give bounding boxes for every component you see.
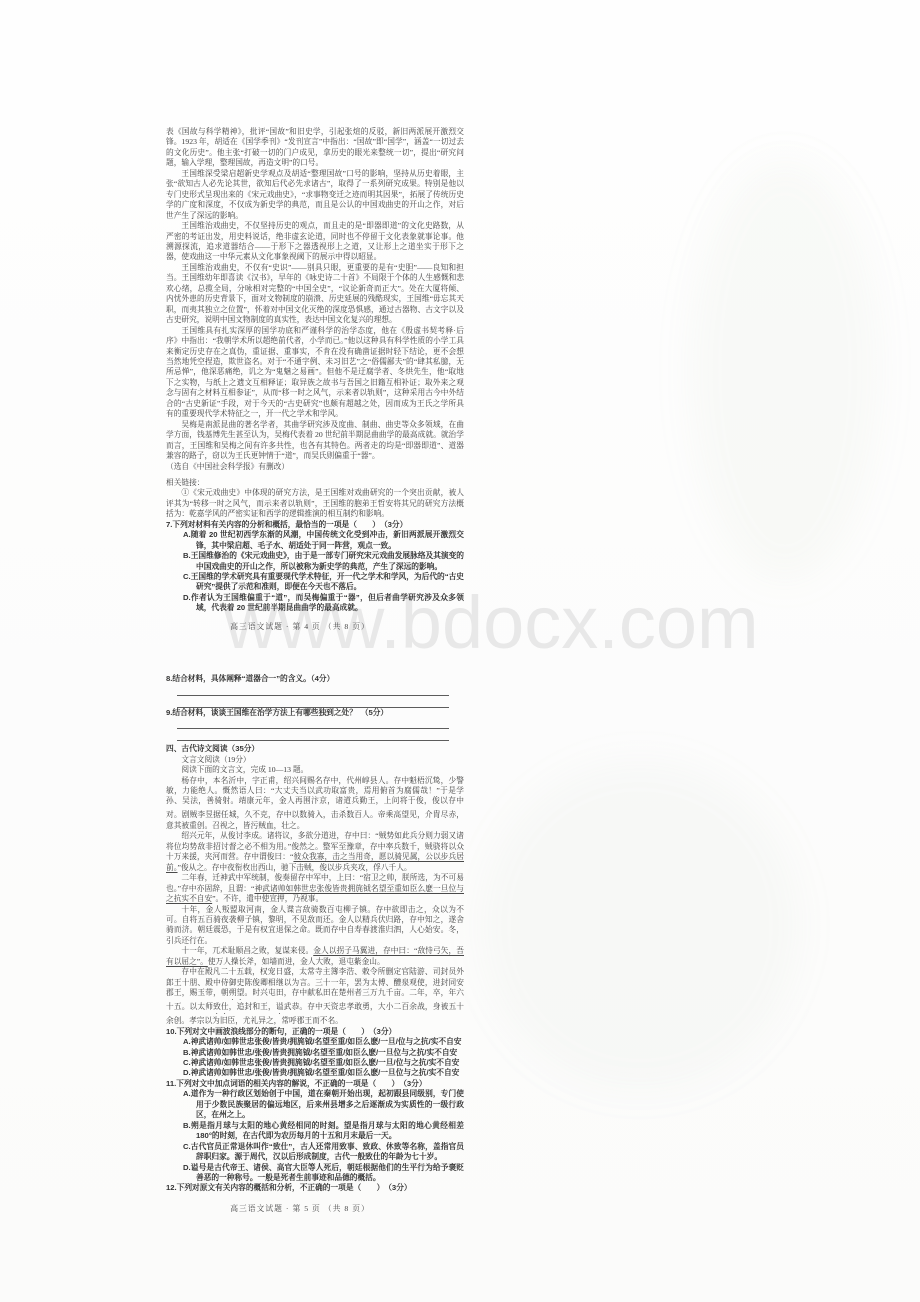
classical-passage-paragraph: 存中在殿凡二十五载，权宠日盛，太常寺主簿李浩、敕令所删定官陆游、司封员外郎王十朋… <box>166 967 464 1026</box>
question-7-option-d: D.作者认为王国维偏重于“道”，而吴梅偏重于“器”，但后者曲学研究涉及众多领域，… <box>183 593 464 614</box>
classical-passage-paragraph: 杨存中，本名沂中，字正甫，绍兴间赐名存中，代州崞县人。存中魁梧沉鸷，少警敏，力能… <box>166 776 464 832</box>
passage-paragraph: 王国维深受梁启超新史学观点及胡适“整理国故”口号的影响，坚持从历史着眼，主张“欲… <box>166 169 464 221</box>
section-4-subheading: 文言文阅读（19分） <box>166 755 464 765</box>
question-10-option-c: C.神武诸帅/如韩世忠张俊/皆贵拥旄钺/名望至重/如臣么麽/一旦/位与之抗/实不… <box>183 1058 464 1068</box>
question-12-stem: 12.下列对原文有关内容的概括和分析，不正确的一项是（ ） （3分） <box>166 1183 464 1193</box>
question-11-option-a: A.道作为一种行政区划始创于中国，道在秦朝开始出现，起初跟县同级别，专门使用于少… <box>183 1089 464 1120</box>
passage-text: ，追封和王， <box>229 1002 276 1011</box>
page-footer-page5: 高三语文试题 · 第 5 页 （共 8 页） <box>166 1204 464 1214</box>
passage-paragraph: 王国维具有扎实深厚的国学功底和严谨科学的治学态度，他在《殷虚书契考释·后序》中指… <box>166 326 464 420</box>
passage-paragraph: 王国维治戏曲史，不仅坚持历史的观点，而且走的是“即器即道”的文化史路数，从严密的… <box>166 221 464 263</box>
question-8-stem: 8.结合材料，具体阐释“道器合一”的含义。（4分） <box>166 674 464 684</box>
classical-passage-paragraph: 十一年，兀术耻顺昌之败，复谋来侵。金人以拐子马翼进，存中曰：“敌恃弓矢，吾有以屈… <box>166 946 464 967</box>
answer-line <box>177 685 449 696</box>
passage-paragraph: 表《国故与科学精神》，批评“国故”和旧史学，引起张煊的反驳，新旧两派展开激烈交锋… <box>166 127 464 169</box>
question-7-option-c: C.王国维的学术研究具有重要现代学术特征，开一代之学术和学风，为后代的“古史研究… <box>183 572 464 593</box>
section-4-instruction: 阅读下面的文言文，完成 10—13 题。 <box>166 765 464 775</box>
question-11-option-b: B.朔是指月球与太阳的地心黄经相同的时刻。望是指月球与太阳的地心黄经相差 180… <box>183 1121 464 1142</box>
scan-bleedthrough-artifact <box>690 160 880 580</box>
question-10-stem: 10.下列对文中画波浪线部分的断句，正确的一项是（ ） （3分） <box>166 1027 464 1037</box>
classical-passage-paragraph: 十年，金人叛盟取河南，金人谍言敌骑数百屯柳子镇。存中欲即击之，众以为不可。自将五… <box>166 905 464 947</box>
answer-line <box>177 696 449 708</box>
question-10-option-a: A.神武诸帅/如韩世忠张俊/皆贵/拥旄钺/名望至重/如臣么麽/一旦/位与之抗/实… <box>183 1037 464 1047</box>
passage-text: ”。不许，遣中使宣押，乃视事。 <box>212 894 323 903</box>
question-7-option-b: B.王国维修治的《宋元戏曲史》，由于是一部专门研究宋元戏曲发展脉络及其演变的中国… <box>183 551 464 572</box>
passage-text: ”俊从之。存中夜衔枚出西山，驰下击贼，俊以步兵夹攻，俘八千人。 <box>178 863 412 872</box>
answer-line <box>177 718 449 729</box>
question-7-stem: 7.下列对材料有关内容的分析和概括，最恰当的一项是（ ） （3分） <box>166 520 464 530</box>
dotted-term-shuowang: 朔望 <box>229 988 245 997</box>
passage-paragraph: 王国维治戏曲史，不仅有“史识”——别具只眼，更重要的是有“史胆”——良知和担当。… <box>166 263 464 326</box>
exam-content-column: 表《国故与科学精神》，批评“国故”和旧史学，引起张煊的反驳，新旧两派展开激烈交锋… <box>166 127 464 1214</box>
dotted-term-shi: 谥 <box>276 1002 284 1011</box>
passage-text: 使万人操长斧，如墙而进，金人大败，退屯紫金山。 <box>208 957 385 966</box>
source-attribution: （选自《中国社会科学报》有删改） <box>166 462 464 472</box>
related-links-title: 相关链接： <box>166 478 464 488</box>
question-10-option-b: B.神武诸帅如韩世忠/张俊/皆贵拥旄钺/名望至重/如臣么麽/一旦位与之抗/实不自… <box>183 1048 464 1058</box>
question-11-stem: 11.下列对文中加点词语的相关内容的解说，不正确的一项是（ ） （3分） <box>166 1079 464 1089</box>
answer-line <box>177 729 449 741</box>
passage-text: 十一年，兀术耻顺昌之败，复谋来侵。 <box>181 946 313 955</box>
question-11-option-d: D.谥号是古代帝王、诸侯、高官大臣等人死后，朝廷根据他们的生平行为给予褒贬善恶的… <box>183 1163 464 1184</box>
question-10-option-d: D.神武诸帅如韩世忠/张俊/皆贵/拥旄钺/名望至重/如臣么麽/一旦位与之抗/实不… <box>183 1068 464 1078</box>
section-4-heading: 四、古代诗文阅读（35分） <box>166 744 464 754</box>
question-11-option-c: C.古代官员正常退休叫作“致仕”，古人还常用致事、致政、休致等名称，盖指官员辞职… <box>183 1142 464 1163</box>
classical-passage-paragraph: 绍兴元年，从俊讨李成。诸将议，多欲分道进，存中曰：“贼势如此兵分则力弱又诸将位均… <box>166 831 464 873</box>
page-footer-page4: 高三语文试题 · 第 4 页 （共 8 页） <box>166 622 464 632</box>
passage-paragraph: 吴梅是南派昆曲的著名学者，其曲学研究涉及度曲、制曲、曲史等众多领域，在曲学方面，… <box>166 420 464 462</box>
scan-bleedthrough-artifact <box>480 760 800 1090</box>
question-7-option-a: A.随着 20 世纪初西学东渐的风潮，中国传统文化受到冲击，新旧两派展开激烈交锋… <box>183 530 464 551</box>
scanned-exam-page: www.bdocx.com 表《国故与科学精神》，批评“国故”和旧史学，引起张煊… <box>0 0 920 1302</box>
classical-passage-paragraph: 二年春，迁神武中军统制，俊奏留存中军中，上曰：“宿卫之帅，朕所选，为不可易也。”… <box>166 873 464 904</box>
related-link-item: ①《宋元戏曲史》中体现的研究方法，是王国维对戏曲研究的一个突出贡献，被人评其为“… <box>166 488 464 519</box>
question-9-stem: 9.结合材料，谈谈王国维在治学方法上有哪些独到之处？ （5分） <box>166 708 464 718</box>
dotted-term-zhishi: 致仕 <box>213 1002 229 1011</box>
